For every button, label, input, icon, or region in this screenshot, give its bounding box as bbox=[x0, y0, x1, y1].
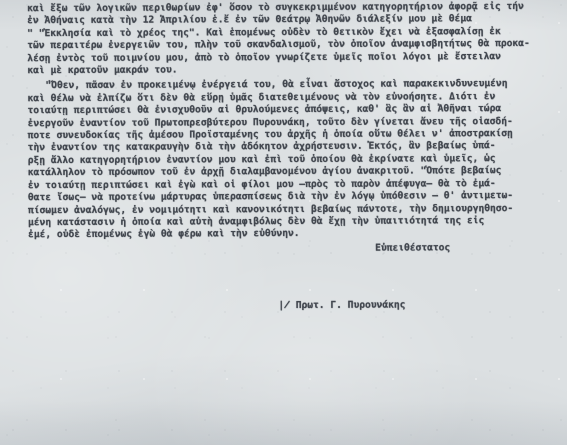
scanned-letter-page: καὶ ἔξω τῶν λογικῶν περιθωρίων ἐφ' ὅσον … bbox=[0, 0, 567, 445]
letter-body: καὶ ἔξω τῶν λογικῶν περιθωρίων ἐφ' ὅσον … bbox=[27, 1, 560, 445]
signature-line: ∤ Πρωτ. Γ. Πυρουνάκης bbox=[278, 300, 405, 313]
paragraph-2: "Ὅθεν, πᾶσαν ἐν προκειμένῳ ἐνέργειά του,… bbox=[27, 78, 559, 242]
closing-salutation: Εὐπειθέστατος bbox=[375, 242, 450, 255]
paragraph-1: καὶ ἔξω τῶν λογικῶν περιθωρίων ἐφ' ὅσον … bbox=[27, 1, 558, 78]
